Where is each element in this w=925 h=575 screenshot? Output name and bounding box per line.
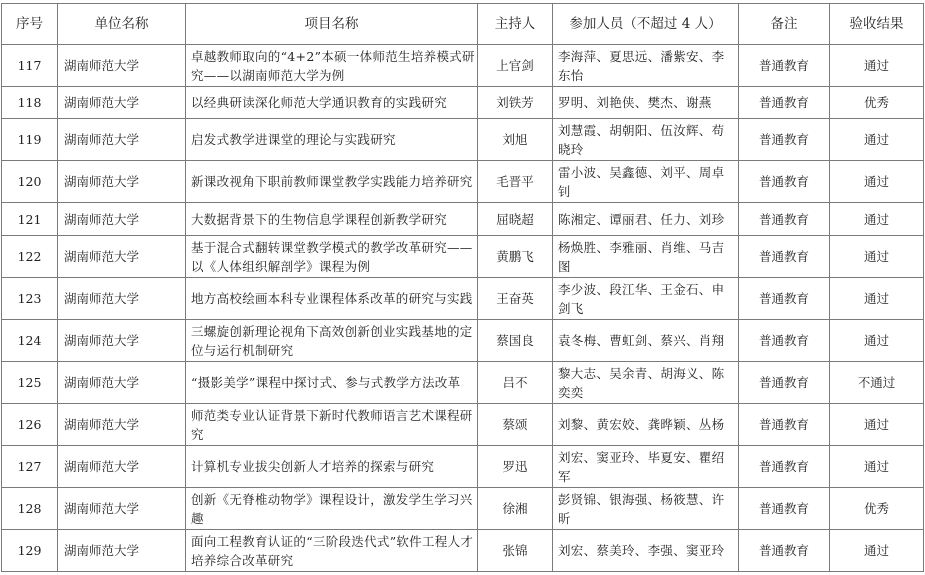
header-result: 验收结果 [830, 4, 924, 45]
project-acceptance-table: 序号 单位名称 项目名称 主持人 参加人员（不超过 4 人） 备注 验收结果 1… [1, 3, 924, 572]
cell-note: 普通教育 [739, 119, 830, 161]
cell-note: 普通教育 [739, 203, 830, 236]
cell-note: 普通教育 [739, 530, 830, 572]
cell-note: 普通教育 [739, 236, 830, 278]
cell-note: 普通教育 [739, 161, 830, 203]
cell-result: 通过 [830, 45, 924, 87]
table-row: 120 湖南师范大学 新课改视角下职前教师课堂教学实践能力培养研究 毛晋平 雷小… [2, 161, 924, 203]
cell-unit: 湖南师范大学 [58, 87, 186, 119]
cell-no: 127 [2, 446, 58, 488]
cell-result: 不通过 [830, 362, 924, 404]
cell-leader: 蔡国良 [478, 320, 553, 362]
cell-members: 陈湘定、谭丽君、任力、刘珍 [553, 203, 739, 236]
cell-note: 普通教育 [739, 278, 830, 320]
cell-project: 以经典研读深化师范大学通识教育的实践研究 [186, 87, 478, 119]
cell-leader: 上官剑 [478, 45, 553, 87]
cell-project: “摄影美学”课程中探讨式、参与式教学方法改革 [186, 362, 478, 404]
header-note: 备注 [739, 4, 830, 45]
cell-project: 地方高校绘画本科专业课程体系改革的研究与实践 [186, 278, 478, 320]
cell-no: 117 [2, 45, 58, 87]
cell-result: 优秀 [830, 87, 924, 119]
cell-project: 创新《无脊椎动物学》课程设计，激发学生学习兴趣 [186, 488, 478, 530]
cell-project: 新课改视角下职前教师课堂教学实践能力培养研究 [186, 161, 478, 203]
cell-no: 119 [2, 119, 58, 161]
table-row: 124 湖南师范大学 三螺旋创新理论视角下高效创新创业实践基地的定位与运行机制研… [2, 320, 924, 362]
cell-no: 118 [2, 87, 58, 119]
cell-note: 普通教育 [739, 446, 830, 488]
cell-project: 大数据背景下的生物信息学课程创新教学研究 [186, 203, 478, 236]
cell-leader: 刘旭 [478, 119, 553, 161]
cell-result: 通过 [830, 404, 924, 446]
cell-unit: 湖南师范大学 [58, 488, 186, 530]
cell-unit: 湖南师范大学 [58, 404, 186, 446]
header-unit: 单位名称 [58, 4, 186, 45]
cell-no: 129 [2, 530, 58, 572]
cell-note: 普通教育 [739, 488, 830, 530]
cell-leader: 蔡颂 [478, 404, 553, 446]
table-row: 122 湖南师范大学 基于混合式翻转课堂教学模式的教学改革研究——以《人体组织解… [2, 236, 924, 278]
cell-members: 雷小波、吴鑫德、刘平、周卓钊 [553, 161, 739, 203]
cell-unit: 湖南师范大学 [58, 45, 186, 87]
cell-members: 李少波、段江华、王金石、申剑飞 [553, 278, 739, 320]
cell-unit: 湖南师范大学 [58, 278, 186, 320]
cell-leader: 毛晋平 [478, 161, 553, 203]
cell-unit: 湖南师范大学 [58, 119, 186, 161]
cell-result: 通过 [830, 530, 924, 572]
table-row: 129 湖南师范大学 面向工程教育认证的“三阶段迭代式”软件工程人才培养综合改革… [2, 530, 924, 572]
cell-no: 123 [2, 278, 58, 320]
cell-project: 卓越教师取向的“4+2”本硕一体师范生培养模式研究——以湖南师范大学为例 [186, 45, 478, 87]
cell-project: 基于混合式翻转课堂教学模式的教学改革研究——以《人体组织解剖学》课程为例 [186, 236, 478, 278]
cell-leader: 罗迅 [478, 446, 553, 488]
cell-no: 126 [2, 404, 58, 446]
cell-members: 彭贤锦、银海强、杨筱慧、许昕 [553, 488, 739, 530]
cell-unit: 湖南师范大学 [58, 161, 186, 203]
cell-note: 普通教育 [739, 404, 830, 446]
cell-members: 刘黎、黄宏姣、龚晔颖、丛杨 [553, 404, 739, 446]
cell-result: 通过 [830, 446, 924, 488]
cell-unit: 湖南师范大学 [58, 362, 186, 404]
cell-no: 120 [2, 161, 58, 203]
cell-no: 121 [2, 203, 58, 236]
cell-leader: 王奋英 [478, 278, 553, 320]
cell-no: 122 [2, 236, 58, 278]
cell-leader: 刘铁芳 [478, 87, 553, 119]
cell-result: 通过 [830, 119, 924, 161]
cell-result: 通过 [830, 236, 924, 278]
cell-members: 罗明、刘艳侠、樊杰、谢燕 [553, 87, 739, 119]
cell-leader: 张锦 [478, 530, 553, 572]
cell-project: 启发式教学进课堂的理论与实践研究 [186, 119, 478, 161]
cell-unit: 湖南师范大学 [58, 446, 186, 488]
table-row: 118 湖南师范大学 以经典研读深化师范大学通识教育的实践研究 刘铁芳 罗明、刘… [2, 87, 924, 119]
cell-members: 刘宏、窦亚玲、毕夏安、瞿绍军 [553, 446, 739, 488]
cell-leader: 吕不 [478, 362, 553, 404]
cell-note: 普通教育 [739, 320, 830, 362]
header-members: 参加人员（不超过 4 人） [553, 4, 739, 45]
cell-result: 通过 [830, 203, 924, 236]
table-row: 128 湖南师范大学 创新《无脊椎动物学》课程设计，激发学生学习兴趣 徐湘 彭贤… [2, 488, 924, 530]
cell-members: 黎大志、吴余青、胡海义、陈奕奕 [553, 362, 739, 404]
cell-leader: 屈晓超 [478, 203, 553, 236]
cell-leader: 黄鹏飞 [478, 236, 553, 278]
table-row: 117 湖南师范大学 卓越教师取向的“4+2”本硕一体师范生培养模式研究——以湖… [2, 45, 924, 87]
cell-note: 普通教育 [739, 362, 830, 404]
cell-no: 128 [2, 488, 58, 530]
cell-project: 三螺旋创新理论视角下高效创新创业实践基地的定位与运行机制研究 [186, 320, 478, 362]
table-row: 119 湖南师范大学 启发式教学进课堂的理论与实践研究 刘旭 刘慧霞、胡朝阳、伍… [2, 119, 924, 161]
header-no: 序号 [2, 4, 58, 45]
header-leader: 主持人 [478, 4, 553, 45]
header-row: 序号 单位名称 项目名称 主持人 参加人员（不超过 4 人） 备注 验收结果 [2, 4, 924, 45]
cell-unit: 湖南师范大学 [58, 530, 186, 572]
cell-result: 通过 [830, 161, 924, 203]
table-row: 121 湖南师范大学 大数据背景下的生物信息学课程创新教学研究 屈晓超 陈湘定、… [2, 203, 924, 236]
cell-result: 通过 [830, 320, 924, 362]
table-row: 123 湖南师范大学 地方高校绘画本科专业课程体系改革的研究与实践 王奋英 李少… [2, 278, 924, 320]
cell-no: 124 [2, 320, 58, 362]
cell-members: 李海萍、夏思远、潘紫安、李东怡 [553, 45, 739, 87]
cell-note: 普通教育 [739, 45, 830, 87]
header-project: 项目名称 [186, 4, 478, 45]
cell-note: 普通教育 [739, 87, 830, 119]
cell-members: 刘慧霞、胡朝阳、伍汝辉、苟晓玲 [553, 119, 739, 161]
cell-project: 计算机专业拔尖创新人才培养的探索与研究 [186, 446, 478, 488]
cell-leader: 徐湘 [478, 488, 553, 530]
cell-unit: 湖南师范大学 [58, 203, 186, 236]
cell-project: 师范类专业认证背景下新时代教师语言艺术课程研究 [186, 404, 478, 446]
cell-result: 优秀 [830, 488, 924, 530]
cell-unit: 湖南师范大学 [58, 320, 186, 362]
cell-unit: 湖南师范大学 [58, 236, 186, 278]
cell-result: 通过 [830, 278, 924, 320]
table-row: 125 湖南师范大学 “摄影美学”课程中探讨式、参与式教学方法改革 吕不 黎大志… [2, 362, 924, 404]
cell-no: 125 [2, 362, 58, 404]
table-row: 127 湖南师范大学 计算机专业拔尖创新人才培养的探索与研究 罗迅 刘宏、窦亚玲… [2, 446, 924, 488]
cell-members: 袁冬梅、曹虹剑、蔡兴、肖翔 [553, 320, 739, 362]
cell-project: 面向工程教育认证的“三阶段迭代式”软件工程人才培养综合改革研究 [186, 530, 478, 572]
cell-members: 杨焕胜、李雅丽、肖维、马吉图 [553, 236, 739, 278]
cell-members: 刘宏、蔡美玲、李强、窦亚玲 [553, 530, 739, 572]
table-row: 126 湖南师范大学 师范类专业认证背景下新时代教师语言艺术课程研究 蔡颂 刘黎… [2, 404, 924, 446]
